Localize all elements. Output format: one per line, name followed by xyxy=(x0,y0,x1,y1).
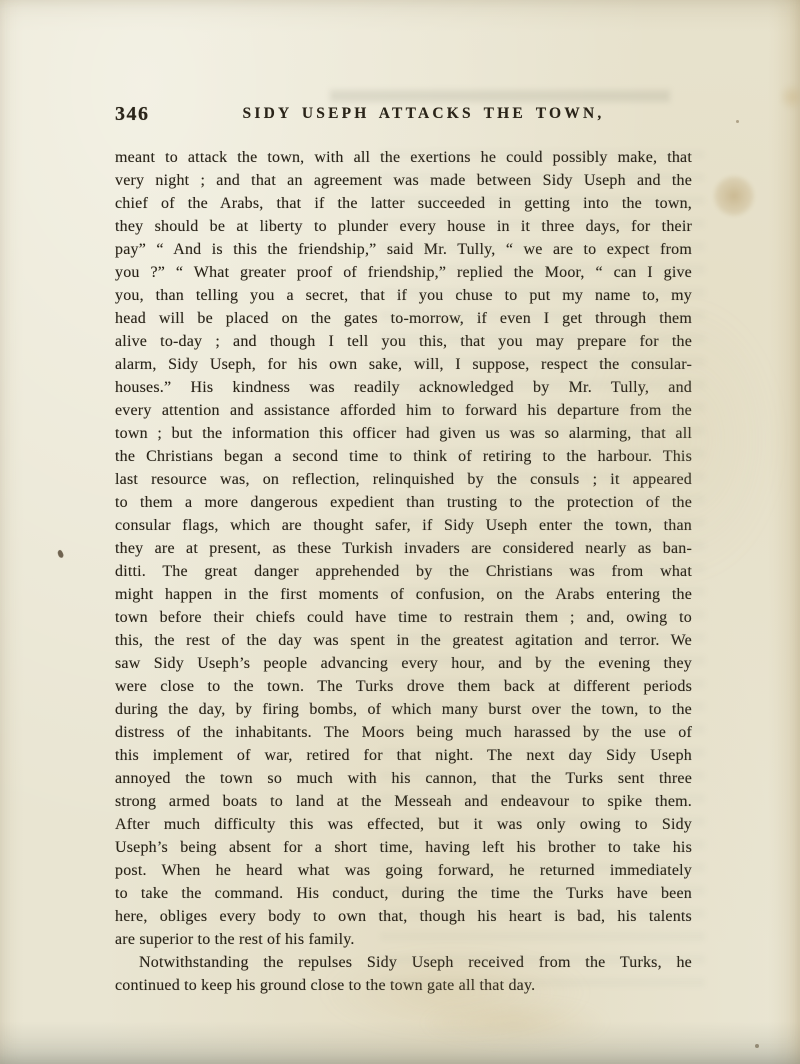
text-line: very night ; and that an agreement was m… xyxy=(115,169,692,192)
text-line: town before their chiefs could have time… xyxy=(115,606,692,629)
text-line: meant to attack the town, with all the e… xyxy=(115,146,692,169)
book-page-scan: 346 SIDY USEPH ATTACKS THE TOWN, meant t… xyxy=(0,0,800,1064)
text-line: ditti. The great danger apprehended by t… xyxy=(115,560,692,583)
text-line: last resource was, on reflection, relinq… xyxy=(115,468,692,491)
text-line: here, obliges every body to own that, th… xyxy=(115,905,692,928)
text-line: every attention and assistance afforded … xyxy=(115,399,692,422)
show-through-ghost-header xyxy=(330,90,670,102)
text-line: distress of the inhabitants. The Moors b… xyxy=(115,721,692,744)
text-line: you ?” “ What greater proof of friendshi… xyxy=(115,261,692,284)
text-line: this implement of war, retired for that … xyxy=(115,744,692,767)
text-line: chief of the Arabs, that if the latter s… xyxy=(115,192,692,215)
text-line: Useph’s being absent for a short time, h… xyxy=(115,836,692,859)
text-line: alive to-day ; and though I tell you thi… xyxy=(115,330,692,353)
ink-speck xyxy=(736,120,739,123)
paper-stain xyxy=(420,1000,610,1045)
text-line: were close to the town. The Turks drove … xyxy=(115,675,692,698)
text-line: they are at present, as these Turkish in… xyxy=(115,537,692,560)
text-line: head will be placed on the gates to-morr… xyxy=(115,307,692,330)
ink-speck xyxy=(57,549,65,558)
ink-speck xyxy=(755,1044,759,1048)
text-line: might happen in the first moments of con… xyxy=(115,583,692,606)
page-number: 346 xyxy=(115,103,150,126)
paper-stain xyxy=(712,175,756,217)
text-line: to take the command. His conduct, during… xyxy=(115,882,692,905)
text-line: the Christians began a second time to th… xyxy=(115,445,692,468)
text-line: pay” “ And is this the friendship,” said… xyxy=(115,238,692,261)
text-line: annoyed the town so much with his cannon… xyxy=(115,767,692,790)
text-line: alarm, Sidy Useph, for his own sake, wil… xyxy=(115,353,692,376)
text-line: houses.” His kindness was readily acknow… xyxy=(115,376,692,399)
body-text: meant to attack the town, with all the e… xyxy=(115,146,692,997)
text-line: Notwithstanding the repulses Sidy Useph … xyxy=(115,951,692,974)
text-line: After much difficulty this was effected,… xyxy=(115,813,692,836)
text-line: town ; but the information this officer … xyxy=(115,422,692,445)
text-line: post. When he heard what was going forwa… xyxy=(115,859,692,882)
text-line: you, than telling you a secret, that if … xyxy=(115,284,692,307)
text-line: saw Sidy Useph’s people advancing every … xyxy=(115,652,692,675)
text-line: during the day, by firing bombs, of whic… xyxy=(115,698,692,721)
text-line: to them a more dangerous expedient than … xyxy=(115,491,692,514)
text-line: continued to keep his ground close to th… xyxy=(115,974,692,997)
page-header: 346 SIDY USEPH ATTACKS THE TOWN, xyxy=(115,103,692,127)
text-line: strong armed boats to land at the Messea… xyxy=(115,790,692,813)
paper-stain xyxy=(780,82,800,112)
text-line: consular flags, which are thought safer,… xyxy=(115,514,692,537)
text-line: they should be at liberty to plunder eve… xyxy=(115,215,692,238)
text-line: this, the rest of the day was spent in t… xyxy=(115,629,692,652)
text-line: are superior to the rest of his family. xyxy=(115,928,692,951)
running-header: SIDY USEPH ATTACKS THE TOWN, xyxy=(155,105,692,123)
